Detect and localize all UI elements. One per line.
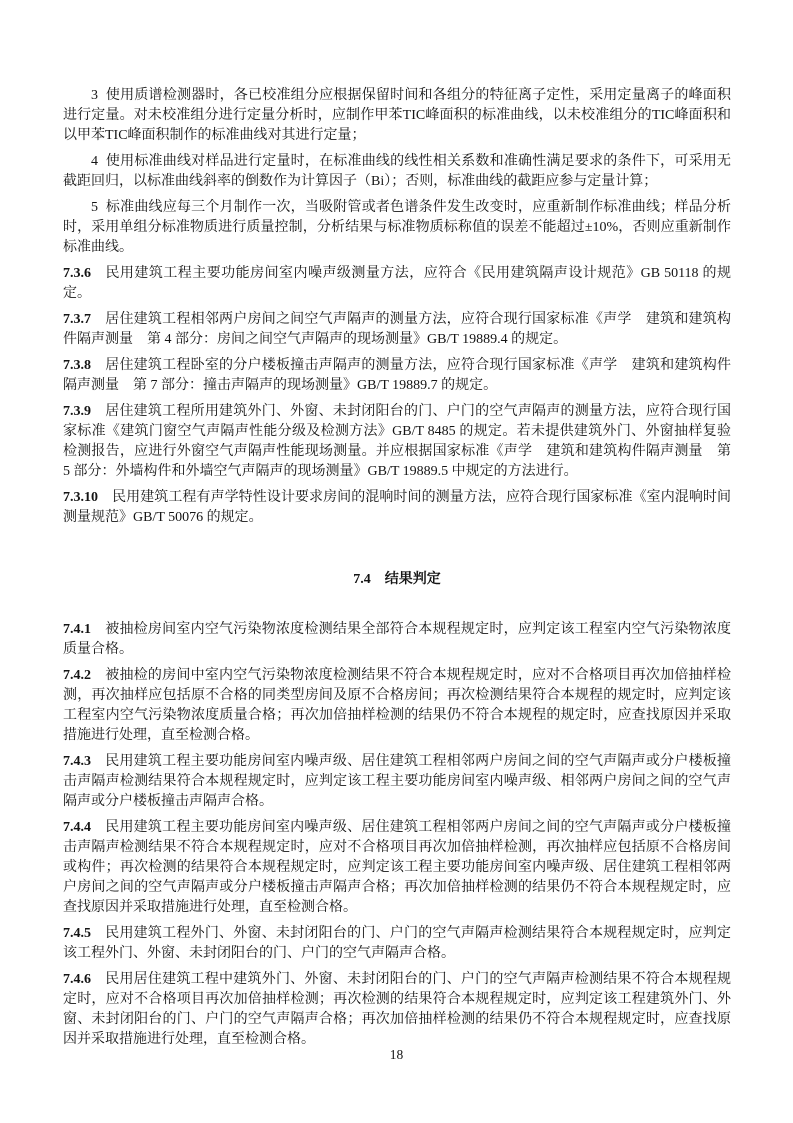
section-7-4-2-number: 7.4.2 — [63, 668, 91, 683]
section-7-3-8-text: 居住建筑工程卧室的分户楼板撞击声隔声的测量方法，应符合现行国家标准《声学 建筑和… — [63, 358, 731, 393]
section-heading-7-4-number: 7.4 — [353, 572, 371, 587]
section-7-4-5-number: 7.4.5 — [63, 926, 91, 941]
section-7-4-3: 7.4.3民用建筑工程主要功能房间室内噪声级、居住建筑工程相邻两户房间之间的空气… — [63, 752, 731, 812]
section-7-3-8: 7.3.8居住建筑工程卧室的分户楼板撞击声隔声的测量方法，应符合现行国家标准《声… — [63, 356, 731, 396]
section-7-4-1-number: 7.4.1 — [63, 622, 91, 637]
section-7-3-7-number: 7.3.7 — [63, 312, 91, 327]
section-7-3-9-number: 7.3.9 — [63, 404, 91, 419]
section-7-4-6: 7.4.6民用居住建筑工程中建筑外门、外窗、未封闭阳台的门、户门的空气声隔声检测… — [63, 970, 731, 1050]
numbered-item-4-text: 使用标准曲线对样品进行定量时，在标准曲线的线性相关系数和准确性满足要求的条件下，… — [63, 154, 731, 189]
section-7-4-3-text: 民用建筑工程主要功能房间室内噪声级、居住建筑工程相邻两户房间之间的空气声隔声或分… — [63, 754, 731, 809]
section-7-3-7: 7.3.7居住建筑工程相邻两户房间之间空气声隔声的测量方法，应符合现行国家标准《… — [63, 310, 731, 350]
section-7-4-1-text: 被抽检房间室内空气污染物浓度检测结果全部符合本规程规定时，应判定该工程室内空气污… — [63, 622, 731, 657]
section-7-3-6-number: 7.3.6 — [63, 266, 91, 281]
section-heading-7-4: 7.4结果判定 — [63, 570, 731, 590]
section-7-4-5: 7.4.5民用建筑工程外门、外窗、未封闭阳台的门、户门的空气声隔声检测结果符合本… — [63, 924, 731, 964]
numbered-item-3-text: 使用质谱检测器时，各已校准组分应根据保留时间和各组分的特征离子定性，采用定量离子… — [63, 88, 731, 143]
section-7-3-7-text: 居住建筑工程相邻两户房间之间空气声隔声的测量方法，应符合现行国家标准《声学 建筑… — [63, 312, 731, 347]
section-7-4-4: 7.4.4民用建筑工程主要功能房间室内噪声级、居住建筑工程相邻两户房间之间的空气… — [63, 818, 731, 918]
section-7-3-10-text: 民用建筑工程有声学特性设计要求房间的混响时间的测量方法，应符合现行国家标准《室内… — [63, 490, 731, 525]
section-7-3-8-number: 7.3.8 — [63, 358, 91, 373]
section-7-3-10-number: 7.3.10 — [63, 490, 98, 505]
section-7-4-6-number: 7.4.6 — [63, 972, 91, 987]
section-7-4-5-text: 民用建筑工程外门、外窗、未封闭阳台的门、户门的空气声隔声检测结果符合本规程规定时… — [63, 926, 731, 961]
section-7-4-4-number: 7.4.4 — [63, 820, 91, 835]
section-7-4-3-number: 7.4.3 — [63, 754, 91, 769]
numbered-item-4-number: 4 — [91, 154, 98, 169]
section-7-4-6-text: 民用居住建筑工程中建筑外门、外窗、未封闭阳台的门、户门的空气声隔声检测结果不符合… — [63, 972, 731, 1047]
section-7-3-9: 7.3.9居住建筑工程所用建筑外门、外窗、未封闭阳台的门、户门的空气声隔声的测量… — [63, 402, 731, 482]
numbered-item-5-text: 标准曲线应每三个月制作一次，当吸附管或者色谱条件发生改变时，应重新制作标准曲线；… — [63, 200, 731, 255]
numbered-item-4: 4使用标准曲线对样品进行定量时，在标准曲线的线性相关系数和准确性满足要求的条件下… — [63, 152, 731, 192]
section-7-4-2: 7.4.2被抽检的房间中室内空气污染物浓度检测结果不符合本规程规定时，应对不合格… — [63, 666, 731, 746]
section-heading-7-4-title: 结果判定 — [385, 572, 441, 587]
section-7-4-2-text: 被抽检的房间中室内空气污染物浓度检测结果不符合本规程规定时，应对不合格项目再次加… — [63, 668, 731, 743]
page-number: 18 — [0, 1045, 793, 1065]
numbered-item-5-number: 5 — [91, 200, 98, 215]
section-7-3-9-text: 居住建筑工程所用建筑外门、外窗、未封闭阳台的门、户门的空气声隔声的测量方法，应符… — [63, 404, 731, 479]
numbered-item-3: 3使用质谱检测器时，各已校准组分应根据保留时间和各组分的特征离子定性，采用定量离… — [63, 86, 731, 146]
numbered-item-3-number: 3 — [91, 88, 98, 103]
numbered-item-5: 5标准曲线应每三个月制作一次，当吸附管或者色谱条件发生改变时，应重新制作标准曲线… — [63, 198, 731, 258]
section-7-4-4-text: 民用建筑工程主要功能房间室内噪声级、居住建筑工程相邻两户房间之间的空气声隔声或分… — [63, 820, 731, 915]
section-7-3-6-text: 民用建筑工程主要功能房间室内噪声级测量方法，应符合《民用建筑隔声设计规范》GB … — [63, 266, 731, 301]
section-7-4-1: 7.4.1被抽检房间室内空气污染物浓度检测结果全部符合本规程规定时，应判定该工程… — [63, 620, 731, 660]
section-7-3-10: 7.3.10民用建筑工程有声学特性设计要求房间的混响时间的测量方法，应符合现行国… — [63, 488, 731, 528]
section-7-3-6: 7.3.6民用建筑工程主要功能房间室内噪声级测量方法，应符合《民用建筑隔声设计规… — [63, 264, 731, 304]
document-page: 3使用质谱检测器时，各已校准组分应根据保留时间和各组分的特征离子定性，采用定量离… — [0, 0, 793, 1123]
